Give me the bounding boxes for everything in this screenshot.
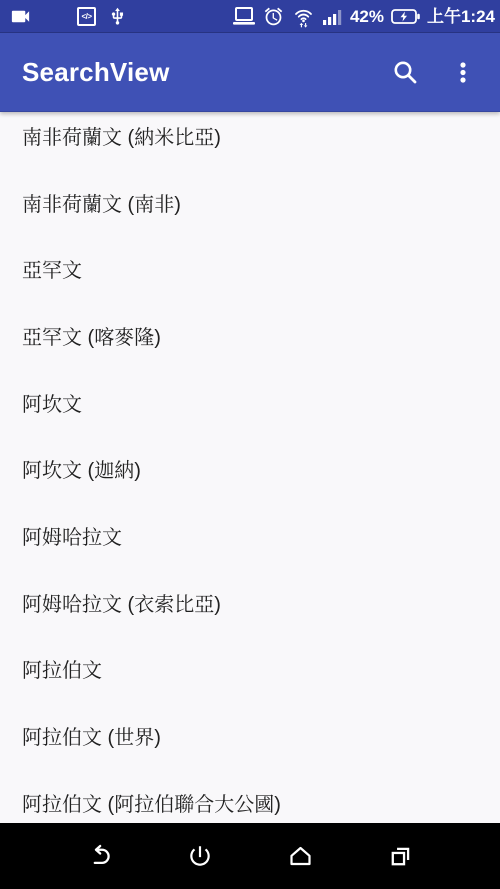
search-icon	[390, 57, 420, 87]
page-title: SearchView	[22, 57, 170, 88]
list-item[interactable]: 南非荷蘭文 (納米比亞)	[0, 112, 500, 169]
overflow-menu-button[interactable]	[434, 43, 492, 101]
list-item[interactable]: 阿拉伯文 (世界)	[0, 702, 500, 769]
signal-bars-icon	[323, 8, 343, 25]
list-item[interactable]: 阿姆哈拉文	[0, 502, 500, 569]
app-bar-actions	[376, 43, 492, 101]
list-item[interactable]: 亞罕文 (喀麥隆)	[0, 302, 500, 369]
overflow-menu-icon	[448, 57, 478, 87]
videocam-icon	[9, 5, 32, 28]
app-bar: SearchView	[0, 33, 500, 112]
phone-screen: </>	[0, 0, 500, 889]
list-item[interactable]: 阿坎文 (迦納)	[0, 435, 500, 502]
status-bar-right: 42% 上午1:24	[232, 5, 495, 28]
status-bar-left: </>	[9, 5, 127, 28]
battery-percent-label: 42%	[350, 8, 384, 25]
list-item[interactable]: 南非荷蘭文 (南非)	[0, 169, 500, 236]
laptop-icon	[232, 6, 256, 26]
navigation-bar	[0, 823, 500, 889]
list-item[interactable]: 阿坎文	[0, 369, 500, 436]
recents-icon	[388, 844, 413, 869]
power-button[interactable]	[150, 823, 250, 889]
search-button[interactable]	[376, 43, 434, 101]
status-bar: </>	[0, 0, 500, 33]
list-item[interactable]: 阿拉伯文 (阿拉伯聯合大公國)	[0, 769, 500, 823]
usb-icon	[108, 6, 127, 27]
language-list: 南非荷蘭文 (納米比亞)南非荷蘭文 (南非)亞罕文亞罕文 (喀麥隆)阿坎文阿坎文…	[0, 112, 500, 823]
alarm-icon	[263, 6, 284, 27]
home-button[interactable]	[250, 823, 350, 889]
adb-debug-icon: </>	[77, 7, 96, 26]
home-icon	[287, 844, 314, 868]
back-button[interactable]	[50, 823, 150, 889]
recents-button[interactable]	[350, 823, 450, 889]
list-item[interactable]: 亞罕文	[0, 235, 500, 302]
back-icon	[87, 844, 114, 869]
battery-charging-icon	[391, 9, 420, 24]
wifi-traffic-icon	[291, 5, 316, 28]
clock-label: 上午1:24	[427, 8, 495, 25]
list-item[interactable]: 阿姆哈拉文 (衣索比亞)	[0, 569, 500, 636]
power-icon	[187, 843, 213, 869]
list-item[interactable]: 阿拉伯文	[0, 636, 500, 703]
